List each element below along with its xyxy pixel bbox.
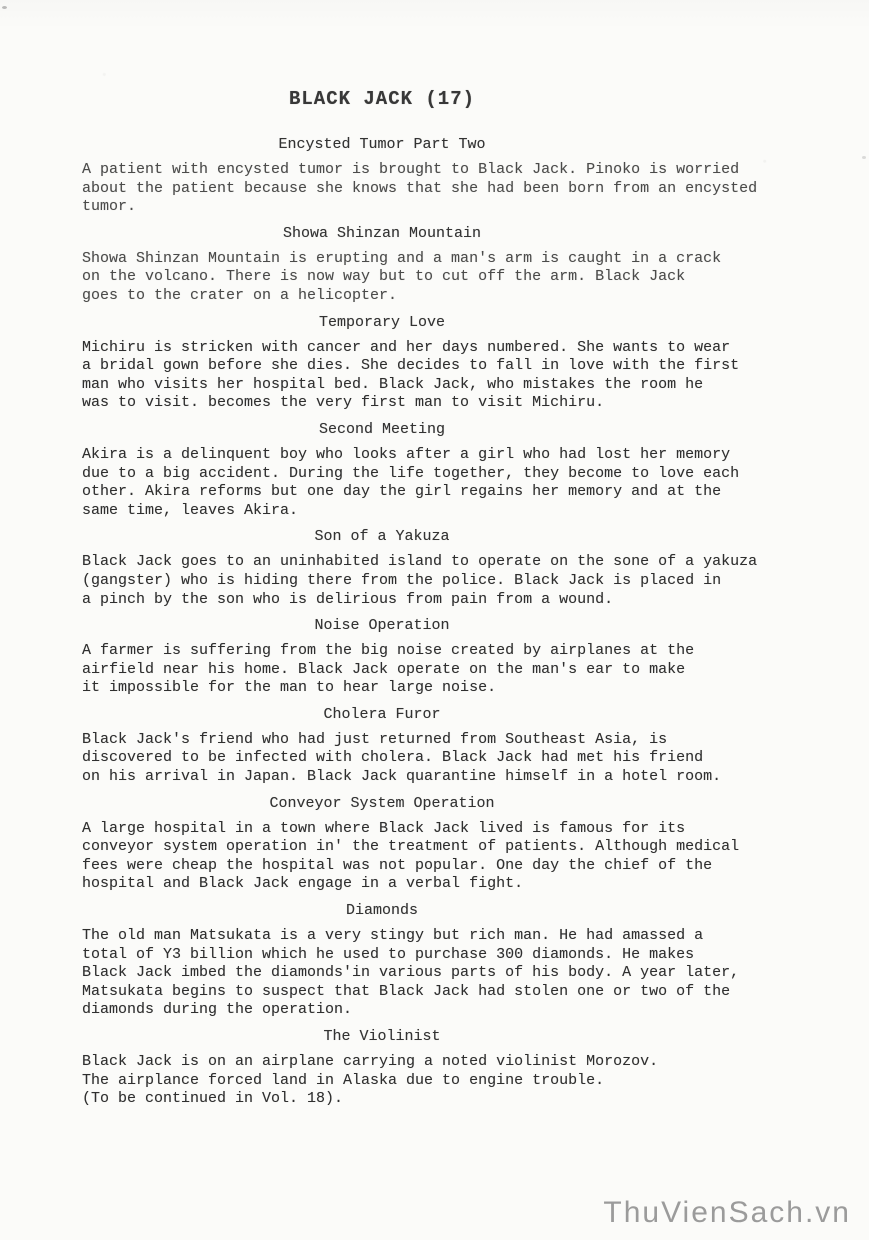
section: Second MeetingAkira is a delinquent boy … [82, 420, 782, 520]
text-line: man who visits her hospital bed. Black J… [82, 376, 782, 395]
text-line: same time, leaves Akira. [82, 502, 782, 521]
text-line: The airplance forced land in Alaska due … [82, 1072, 782, 1091]
text-line: conveyor system operation in' the treatm… [82, 838, 782, 857]
section-heading: Noise Operation [82, 616, 682, 635]
text-line: Showa Shinzan Mountain is erupting and a… [82, 250, 782, 269]
scan-artifact [2, 6, 7, 9]
section-heading: Cholera Furor [82, 705, 682, 724]
section: Son of a YakuzaBlack Jack goes to an uni… [82, 527, 782, 609]
text-line: A large hospital in a town where Black J… [82, 820, 782, 839]
text-line: about the patient because she knows that… [82, 180, 782, 199]
section: Cholera FurorBlack Jack's friend who had… [82, 705, 782, 787]
watermark: ThuVienSach.vn [603, 1196, 851, 1230]
document-content: BLACK JACK (17) Encysted Tumor Part TwoA… [82, 89, 782, 1109]
section-heading: Son of a Yakuza [82, 527, 682, 546]
text-line: it impossible for the man to hear large … [82, 679, 782, 698]
text-line: Black Jack goes to an uninhabited island… [82, 553, 782, 572]
text-line: A patient with encysted tumor is brought… [82, 161, 782, 180]
section-heading: Temporary Love [82, 313, 682, 332]
text-line: goes to the crater on a helicopter. [82, 287, 782, 306]
text-line: A farmer is suffering from the big noise… [82, 642, 782, 661]
section-heading: Diamonds [82, 901, 682, 920]
text-line: Black Jack is on an airplane carrying a … [82, 1053, 782, 1072]
scanned-document-page: BLACK JACK (17) Encysted Tumor Part TwoA… [0, 0, 869, 1240]
text-line: a pinch by the son who is delirious from… [82, 591, 782, 610]
text-line: a bridal gown before she dies. She decid… [82, 357, 782, 376]
text-line: on the volcano. There is now way but to … [82, 268, 782, 287]
section: Temporary LoveMichiru is stricken with c… [82, 313, 782, 413]
section-heading: Encysted Tumor Part Two [82, 135, 682, 154]
text-line: (To be continued in Vol. 18). [82, 1090, 782, 1109]
text-line: on his arrival in Japan. Black Jack quar… [82, 768, 782, 787]
text-line: Black Jack's friend who had just returne… [82, 731, 782, 750]
scan-artifact [862, 156, 866, 159]
section: Noise OperationA farmer is suffering fro… [82, 616, 782, 698]
text-line: diamonds during the operation. [82, 1001, 782, 1020]
text-line: total of Y3 billion which he used to pur… [82, 946, 782, 965]
section: Showa Shinzan MountainShowa Shinzan Moun… [82, 224, 782, 306]
text-line: due to a big accident. During the life t… [82, 465, 782, 484]
section: Encysted Tumor Part TwoA patient with en… [82, 135, 782, 217]
text-line: fees were cheap the hospital was not pop… [82, 857, 782, 876]
section-heading: Second Meeting [82, 420, 682, 439]
text-line: Black Jack imbed the diamonds'in various… [82, 964, 782, 983]
text-line: discovered to be infected with cholera. … [82, 749, 782, 768]
text-line: Akira is a delinquent boy who looks afte… [82, 446, 782, 465]
section-heading: The Violinist [82, 1027, 682, 1046]
section: The ViolinistBlack Jack is on an airplan… [82, 1027, 782, 1109]
page-title: BLACK JACK (17) [82, 89, 682, 110]
text-line: (gangster) who is hiding there from the … [82, 572, 782, 591]
text-line: hospital and Black Jack engage in a verb… [82, 875, 782, 894]
section: DiamondsThe old man Matsukata is a very … [82, 901, 782, 1020]
text-line: Matsukata begins to suspect that Black J… [82, 983, 782, 1002]
section: Conveyor System OperationA large hospita… [82, 794, 782, 894]
section-heading: Conveyor System Operation [82, 794, 682, 813]
text-line: The old man Matsukata is a very stingy b… [82, 927, 782, 946]
text-line: airfield near his home. Black Jack opera… [82, 661, 782, 680]
text-line: was to visit. becomes the very first man… [82, 394, 782, 413]
text-line: tumor. [82, 198, 782, 217]
text-line: other. Akira reforms but one day the gir… [82, 483, 782, 502]
text-line: Michiru is stricken with cancer and her … [82, 339, 782, 358]
section-heading: Showa Shinzan Mountain [82, 224, 682, 243]
sections-container: Encysted Tumor Part TwoA patient with en… [82, 135, 782, 1109]
